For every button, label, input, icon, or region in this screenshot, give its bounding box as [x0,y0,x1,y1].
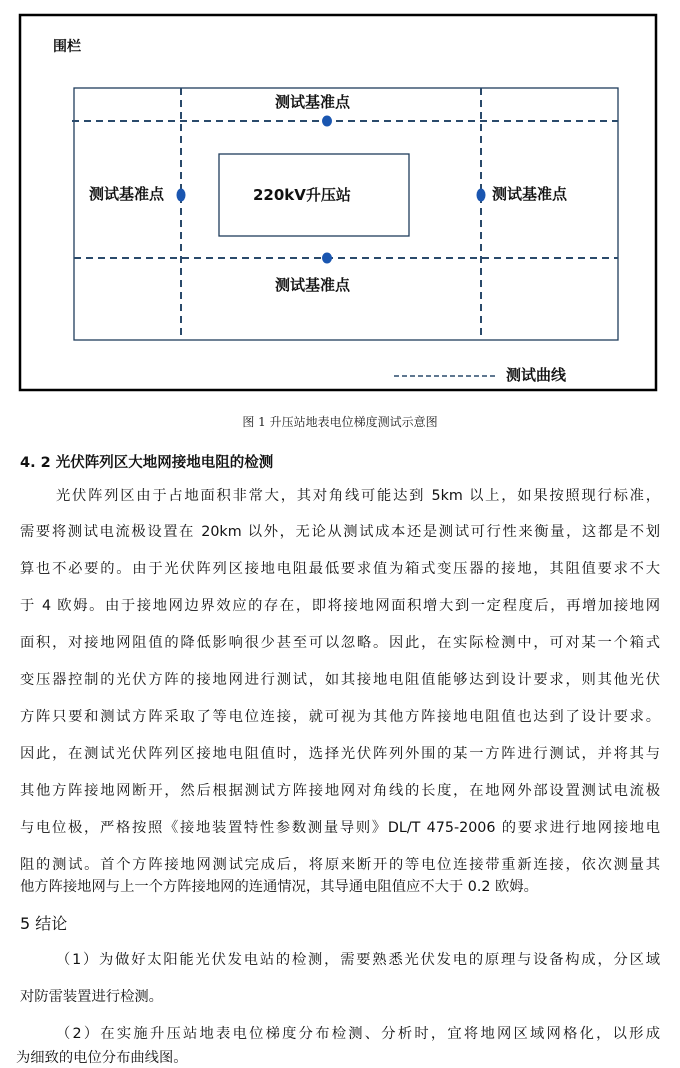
paragraph-line: 变压器控制的光伏方阵的接地网进行测试，如其接地电阻值能够达到设计要求，则其他光伏 [20,670,660,690]
reference-point-label-bottom: 测试基准点 [275,276,350,294]
figure-caption: 图 1 升压站地表电位梯度测试示意图 [0,413,680,430]
conclusion-line: 为细致的电位分布曲线图。 [16,1048,656,1068]
reference-point-bottom-icon [322,253,332,264]
substation-label: 220kV升压站 [253,186,351,204]
reference-point-right-icon [477,189,486,202]
reference-point-label-top: 测试基准点 [275,93,350,111]
paragraph-line: 面积，对接地网阻值的降低影响很少甚至可以忽略。因此，在实际检测中，可对某一个箱式 [20,633,660,653]
reference-point-label-right: 测试基准点 [492,185,567,203]
paragraph-line: 他方阵接地网与上一个方阵接地网的连通情况，其导通电阻值应不大于 0.2 欧姆。 [20,877,660,897]
reference-point-left-icon [177,189,186,202]
paragraph-line: 于 4 欧姆。由于接地网边界效应的存在，即将接地网面积增大到一定程度后，再增加接… [20,596,660,616]
conclusion-line: 对防雷装置进行检测。 [20,987,660,1007]
fence-label: 围栏 [53,38,81,56]
reference-point-label-left: 测试基准点 [89,185,164,203]
paragraph-line: 算也不必要的。由于光伏阵列区接地电阻最低要求值为箱式变压器的接地，其阻值要求不大 [20,559,660,579]
paragraph-line: 方阵只要和测试方阵采取了等电位连接，就可视为其他方阵接地电阻值也达到了设计要求。 [20,707,660,727]
section-4-2-heading: 4. 2 光伏阵列区大地网接地电阻的检测 [20,451,273,472]
section-5-heading: 5 结论 [20,911,67,934]
paragraph-line: 其他方阵接地网断开，然后根据测试方阵接地网对角线的长度，在地网外部设置测试电流极 [20,781,660,801]
fence-rect [74,88,618,340]
figure-1: 围栏 测试基准点 测试基准点 220kV升压站 测试基准点 测试基准点 测试曲线 [0,0,680,400]
conclusion-line: （2）在实施升压站地表电位梯度分布检测、分析时，宜将地网区域网格化，以形成 [56,1024,660,1044]
conclusion-line: （1）为做好太阳能光伏发电站的检测，需要熟悉光伏发电的原理与设备构成，分区域 [56,950,660,970]
paragraph-line: 因此，在测试光伏阵列区接地电阻值时，选择光伏阵列外围的某一方阵进行测试，并将其与 [20,744,660,764]
paragraph-line: 光伏阵列区由于占地面积非常大，其对角线可能达到 5km 以上，如果按照现行标准， [56,486,660,506]
paragraph-line: 需要将测试电流极设置在 20km 以外，无论从测试成本还是测试可行性来衡量，这都… [20,522,660,542]
legend-label: 测试曲线 [506,366,566,384]
paragraph-line: 与电位极，严格按照《接地装置特性参数测量导则》DL/T 475-2006 的要求… [20,818,660,838]
reference-point-top-icon [322,116,332,127]
paragraph-line: 阻的测试。首个方阵接地网测试完成后，将原来断开的等电位连接带重新连接，依次测量其 [20,855,660,875]
